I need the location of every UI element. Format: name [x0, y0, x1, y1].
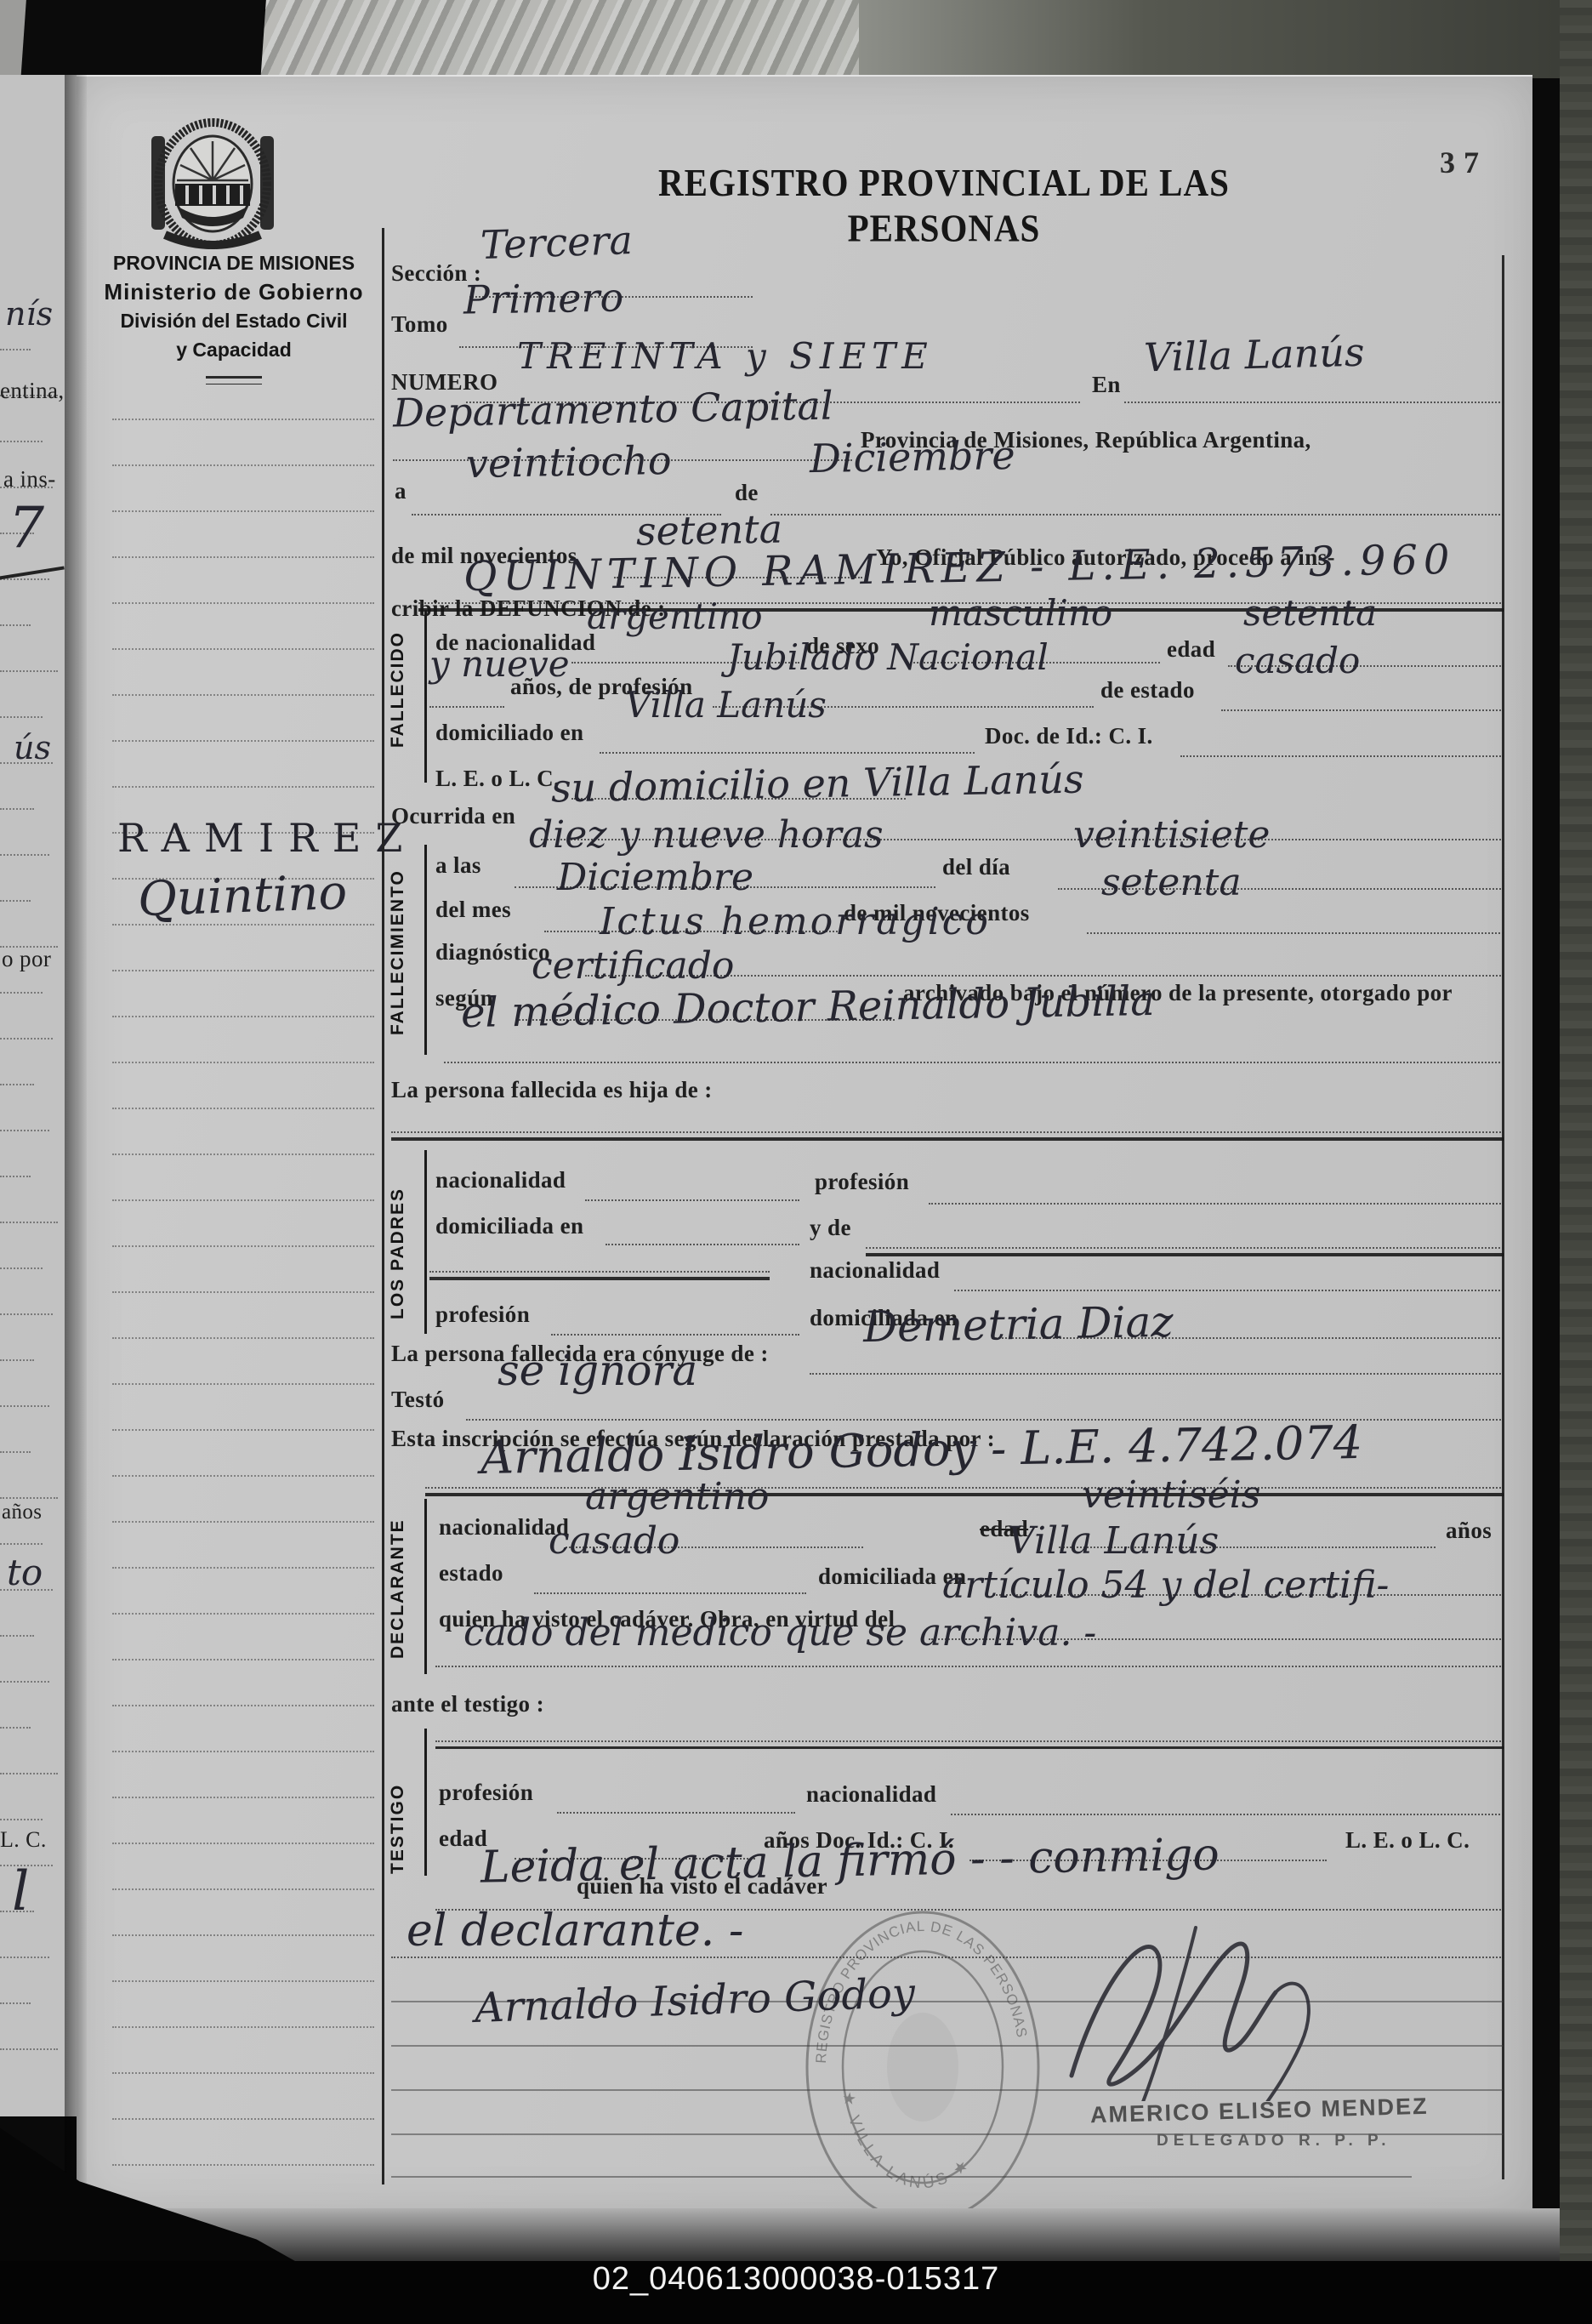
declarante-estado-label: estado: [439, 1560, 503, 1586]
doc-id-label: Doc. de Id.: C. I.: [985, 723, 1153, 749]
ruled-line: [866, 1247, 1504, 1249]
testo-label: Testó: [391, 1387, 445, 1413]
ruled-line: [112, 1705, 374, 1706]
ruled-line: [112, 1797, 374, 1798]
ruled-line: [0, 1819, 43, 1820]
form-right-border: [1502, 255, 1504, 2179]
ruled-line: [112, 2026, 374, 2028]
sidebar-province: PROVINCIA DE MISIONES: [81, 252, 387, 275]
book-cover-right-edge: [1560, 0, 1592, 2263]
fallecido-section-label: FALLECIDO: [388, 618, 408, 762]
anio-value: setenta: [636, 510, 783, 551]
ruled-line: [0, 1313, 53, 1315]
ocurrida-label: Ocurrida en: [391, 803, 515, 829]
declarante-bracket: [424, 1499, 427, 1674]
medico-value: el médico Doctor Reinaldo Jubilla: [461, 981, 1156, 1034]
estado-label: de estado: [1100, 677, 1195, 703]
margin-fragment: a ins-: [3, 466, 56, 493]
ruled-line: [112, 1567, 374, 1569]
index-surname: RAMIREZ: [117, 818, 417, 857]
margin-fragment: 7: [9, 500, 44, 556]
ruled-line: [0, 1405, 49, 1407]
official-title-stamp: DELEGADO R. P. P.: [1157, 2132, 1391, 2150]
closing-line-1: Leida el acta la firmó - - conmigo: [480, 1832, 1220, 1889]
ruled-line: [112, 1062, 374, 1063]
scan-caption-bar: 02_040613000038-015317: [0, 2261, 1592, 2324]
ruled-line: [0, 1038, 53, 1040]
official-signature-flourish: [1046, 1905, 1369, 2101]
padres-section-label: LOS PADRES: [388, 1177, 408, 1330]
ruled-line: [1221, 709, 1504, 711]
tomo-value: Primero: [463, 277, 624, 319]
diagnostico-value: Ictus hemorragico: [600, 903, 991, 941]
declarante-nacionalidad-value: argentino: [585, 1478, 769, 1516]
ruled-line: [112, 786, 374, 788]
testigo-nacionalidad-label: nacionalidad: [806, 1781, 936, 1808]
ruled-line: [112, 1934, 374, 1936]
fallecimiento-bracket: [424, 845, 427, 1055]
ruled-line: [112, 1291, 374, 1293]
anos-label: años: [1446, 1518, 1492, 1544]
black-corner-blob: [21, 0, 267, 75]
padre-profesion-label: profesión: [815, 1169, 909, 1195]
domicilio-label: domiciliado en: [435, 720, 583, 746]
ruled-line: [391, 1131, 1504, 1133]
ruled-line: [0, 1635, 34, 1637]
anio-value-2: setenta: [1101, 864, 1242, 902]
ruled-line: [0, 1084, 34, 1085]
dia-label: del día: [942, 854, 1010, 880]
conyuge-value: Demetria Diaz: [863, 1301, 1174, 1348]
ruled-line: [0, 349, 31, 350]
declarante-edad-value: veintiséis: [1082, 1477, 1260, 1514]
ruled-line: [391, 2176, 1412, 2178]
ruled-line: [1124, 402, 1504, 403]
testigo-le-label: L. E. o L. C.: [1345, 1827, 1470, 1854]
sexo-value: masculino: [929, 595, 1112, 631]
testigo-profesion-label: profesión: [439, 1780, 533, 1806]
ruled-line: [951, 1814, 1504, 1815]
sidebar-divider: [206, 376, 262, 384]
ruled-line: [112, 602, 374, 604]
nacionalidad-value: argentino: [587, 599, 763, 635]
testigo-bracket: [424, 1729, 427, 1876]
ruled-line: [1180, 755, 1504, 757]
ruled-line: [0, 808, 34, 810]
scanned-death-record-page: nís entina, a ins- 7 ús o por años to L.…: [0, 0, 1592, 2324]
ruled-line: [0, 1359, 34, 1361]
ruled-line: [112, 970, 374, 971]
departamento-value: Departamento Capital: [393, 385, 833, 432]
declarante-domicilio-value: Villa Lanús: [1008, 1523, 1219, 1560]
ruled-line: [112, 1016, 374, 1017]
le-lc-label: L. E. o L. C.: [435, 766, 560, 792]
ruled-line: [112, 1888, 374, 1890]
heavy-rule: [429, 1277, 770, 1280]
ruled-line: [112, 1337, 374, 1339]
ruled-line: [112, 1108, 374, 1109]
visto-value-1: artículo 54 y del certifi-: [942, 1567, 1389, 1604]
estado-value: casado: [1235, 643, 1360, 679]
tomo-label: Tomo: [391, 311, 448, 338]
ruled-line: [112, 556, 374, 558]
sidebar-ministry: Ministerio de Gobierno: [72, 279, 395, 305]
fallecido-bracket: [424, 610, 427, 783]
closing-line-2: el declarante. -: [407, 1909, 743, 1953]
ruled-line: [112, 1843, 374, 1844]
ruled-line: [0, 854, 49, 856]
numero-value: TREINTA y SIETE: [517, 339, 934, 374]
ruled-line: [112, 1980, 374, 1982]
ruled-line: [1087, 932, 1504, 934]
sidebar-division-1: División del Estado Civil: [81, 310, 387, 333]
mes-value: Diciembre: [810, 436, 1015, 478]
ruled-line: [0, 1222, 58, 1223]
de-label: de: [735, 480, 759, 506]
ruled-line: [112, 2118, 374, 2120]
ruled-line: [112, 1153, 374, 1155]
ruled-line: [112, 648, 374, 650]
ruled-line: [0, 2048, 58, 2050]
plastic-wrap-texture: [213, 0, 859, 78]
padres-bracket: [424, 1150, 427, 1334]
ruled-line: [0, 1957, 49, 1958]
declarante-section-label: DECLARANTE: [388, 1506, 408, 1672]
ruled-line: [429, 1271, 770, 1273]
ruled-line: [112, 1199, 374, 1201]
ruled-line: [112, 1245, 374, 1247]
ruled-line: [0, 1773, 58, 1774]
edad-value: setenta: [1243, 595, 1377, 631]
ruled-line: [0, 578, 49, 580]
padre-domicilio-label: domiciliada en: [435, 1213, 583, 1239]
ruled-line: [0, 624, 31, 626]
margin-fragment: ús: [14, 732, 51, 764]
heavy-rule: [866, 1253, 1504, 1256]
heavy-rule: [391, 1137, 1504, 1141]
ruled-line: [112, 740, 374, 742]
ruled-line: [112, 694, 374, 696]
domicilio-value: Villa Lanús: [625, 687, 827, 723]
ante-testigo-line: ante el testigo :: [391, 1691, 544, 1717]
ruled-line: [0, 992, 43, 994]
ruled-line: [429, 706, 504, 708]
madre-nacionalidad-label: nacionalidad: [810, 1257, 940, 1284]
ruled-line: [0, 1176, 31, 1177]
hija-line: La persona fallecida es hija de :: [391, 1077, 713, 1103]
ruled-line: [112, 1659, 374, 1660]
dia-value: veintiocho: [466, 441, 672, 483]
y-de-label: y de: [810, 1215, 851, 1241]
margin-fragment: l: [12, 1865, 29, 1919]
ruled-line: [112, 2072, 374, 2074]
ruled-line: [600, 752, 975, 754]
page-title: REGISTRO PROVINCIAL DE LAS PERSONAS: [595, 159, 1293, 251]
ruled-line: [112, 1475, 374, 1477]
ruled-line: [534, 1592, 806, 1594]
margin-fragment: to: [7, 1555, 43, 1591]
oval-office-stamp: REGISTRO PROVINCIAL DE LAS PERSONAS ★ VI…: [795, 1901, 1050, 2233]
ruled-line: [0, 1727, 31, 1729]
ruled-line: [954, 1290, 1504, 1291]
ruled-line: [112, 1521, 374, 1523]
ruled-line: [0, 1681, 49, 1683]
ruled-line: [585, 1199, 799, 1201]
binding-fold-shadow: [65, 75, 87, 2195]
en-label: En: [1092, 372, 1121, 398]
dia-value: veintisiete: [1073, 817, 1270, 854]
testigo-section-label: TESTIGO: [388, 1774, 408, 1884]
margin-fragment: nís: [5, 298, 53, 330]
lugar-value: Villa Lanús: [1143, 333, 1365, 378]
ruled-line: [810, 1373, 1504, 1375]
ruled-line: [435, 1740, 1504, 1742]
ruled-line: [112, 1613, 374, 1615]
fallecimiento-section-label: FALLECIMIENTO: [388, 846, 408, 1059]
index-given-name: Quintino: [137, 869, 348, 925]
ruled-line: [0, 716, 43, 718]
margin-fragment: o por: [2, 946, 51, 972]
ruled-line: [0, 1267, 43, 1269]
ruled-line: [0, 1130, 49, 1131]
testo-value: se ignora: [497, 1349, 697, 1392]
ruled-line: [112, 510, 374, 512]
visto-value-2: cado del medico que se archiva. -: [463, 1615, 1096, 1652]
mes-label: del mes: [435, 897, 511, 923]
hora-value: diez y nueve horas: [529, 817, 884, 854]
ruled-line: [112, 419, 374, 420]
heavy-rule: [435, 1746, 1504, 1749]
seccion-value: Tercera: [480, 220, 633, 265]
ruled-line: [0, 1543, 43, 1545]
madre-profesion-label: profesión: [435, 1302, 530, 1328]
ruled-line: [0, 1451, 31, 1453]
ocurrida-value: su domicilio en Villa Lanús: [551, 760, 1084, 808]
ruled-line: [112, 2164, 374, 2166]
ruled-line: [435, 1666, 1504, 1667]
ruled-line: [444, 1062, 1504, 1063]
a-label: a: [395, 478, 407, 504]
scan-caption-text: 02_040613000038-015317: [0, 2261, 1592, 2298]
margin-fragment: entina,: [0, 378, 65, 404]
ruled-line: [606, 1244, 799, 1245]
misiones-coat-of-arms-icon: [128, 117, 298, 253]
ruled-line: [112, 1383, 374, 1385]
ruled-line: [112, 464, 374, 466]
ruled-line: [557, 1812, 795, 1814]
hora-label: a las: [435, 852, 481, 879]
margin-fragment: años: [2, 1501, 42, 1524]
sidebar-division-2: y Capacidad: [81, 339, 387, 362]
segun-value: certificado: [532, 948, 734, 985]
ruled-line: [0, 441, 43, 442]
mes-value: Diciembre: [557, 859, 753, 897]
profesion-value: Jubilado Nacional: [727, 640, 1049, 675]
margin-fragment: L. C.: [0, 1827, 47, 1853]
padre-nacionalidad-label: nacionalidad: [435, 1167, 566, 1193]
ruled-line: [0, 670, 58, 672]
edad-label: edad: [1167, 636, 1215, 663]
sidebar-form-separator: [382, 228, 384, 2184]
ruled-line: [112, 1751, 374, 1752]
ruled-line: [112, 1429, 374, 1431]
ruled-line: [0, 1497, 58, 1499]
page-number: 37: [1440, 145, 1487, 180]
ruled-line: [770, 514, 1504, 515]
ruled-line: [551, 1334, 799, 1336]
ruled-line: [929, 1203, 1504, 1205]
declarante-estado-value: casado: [549, 1523, 679, 1560]
ruled-line: [0, 2002, 31, 2004]
ruled-line: [0, 900, 31, 902]
